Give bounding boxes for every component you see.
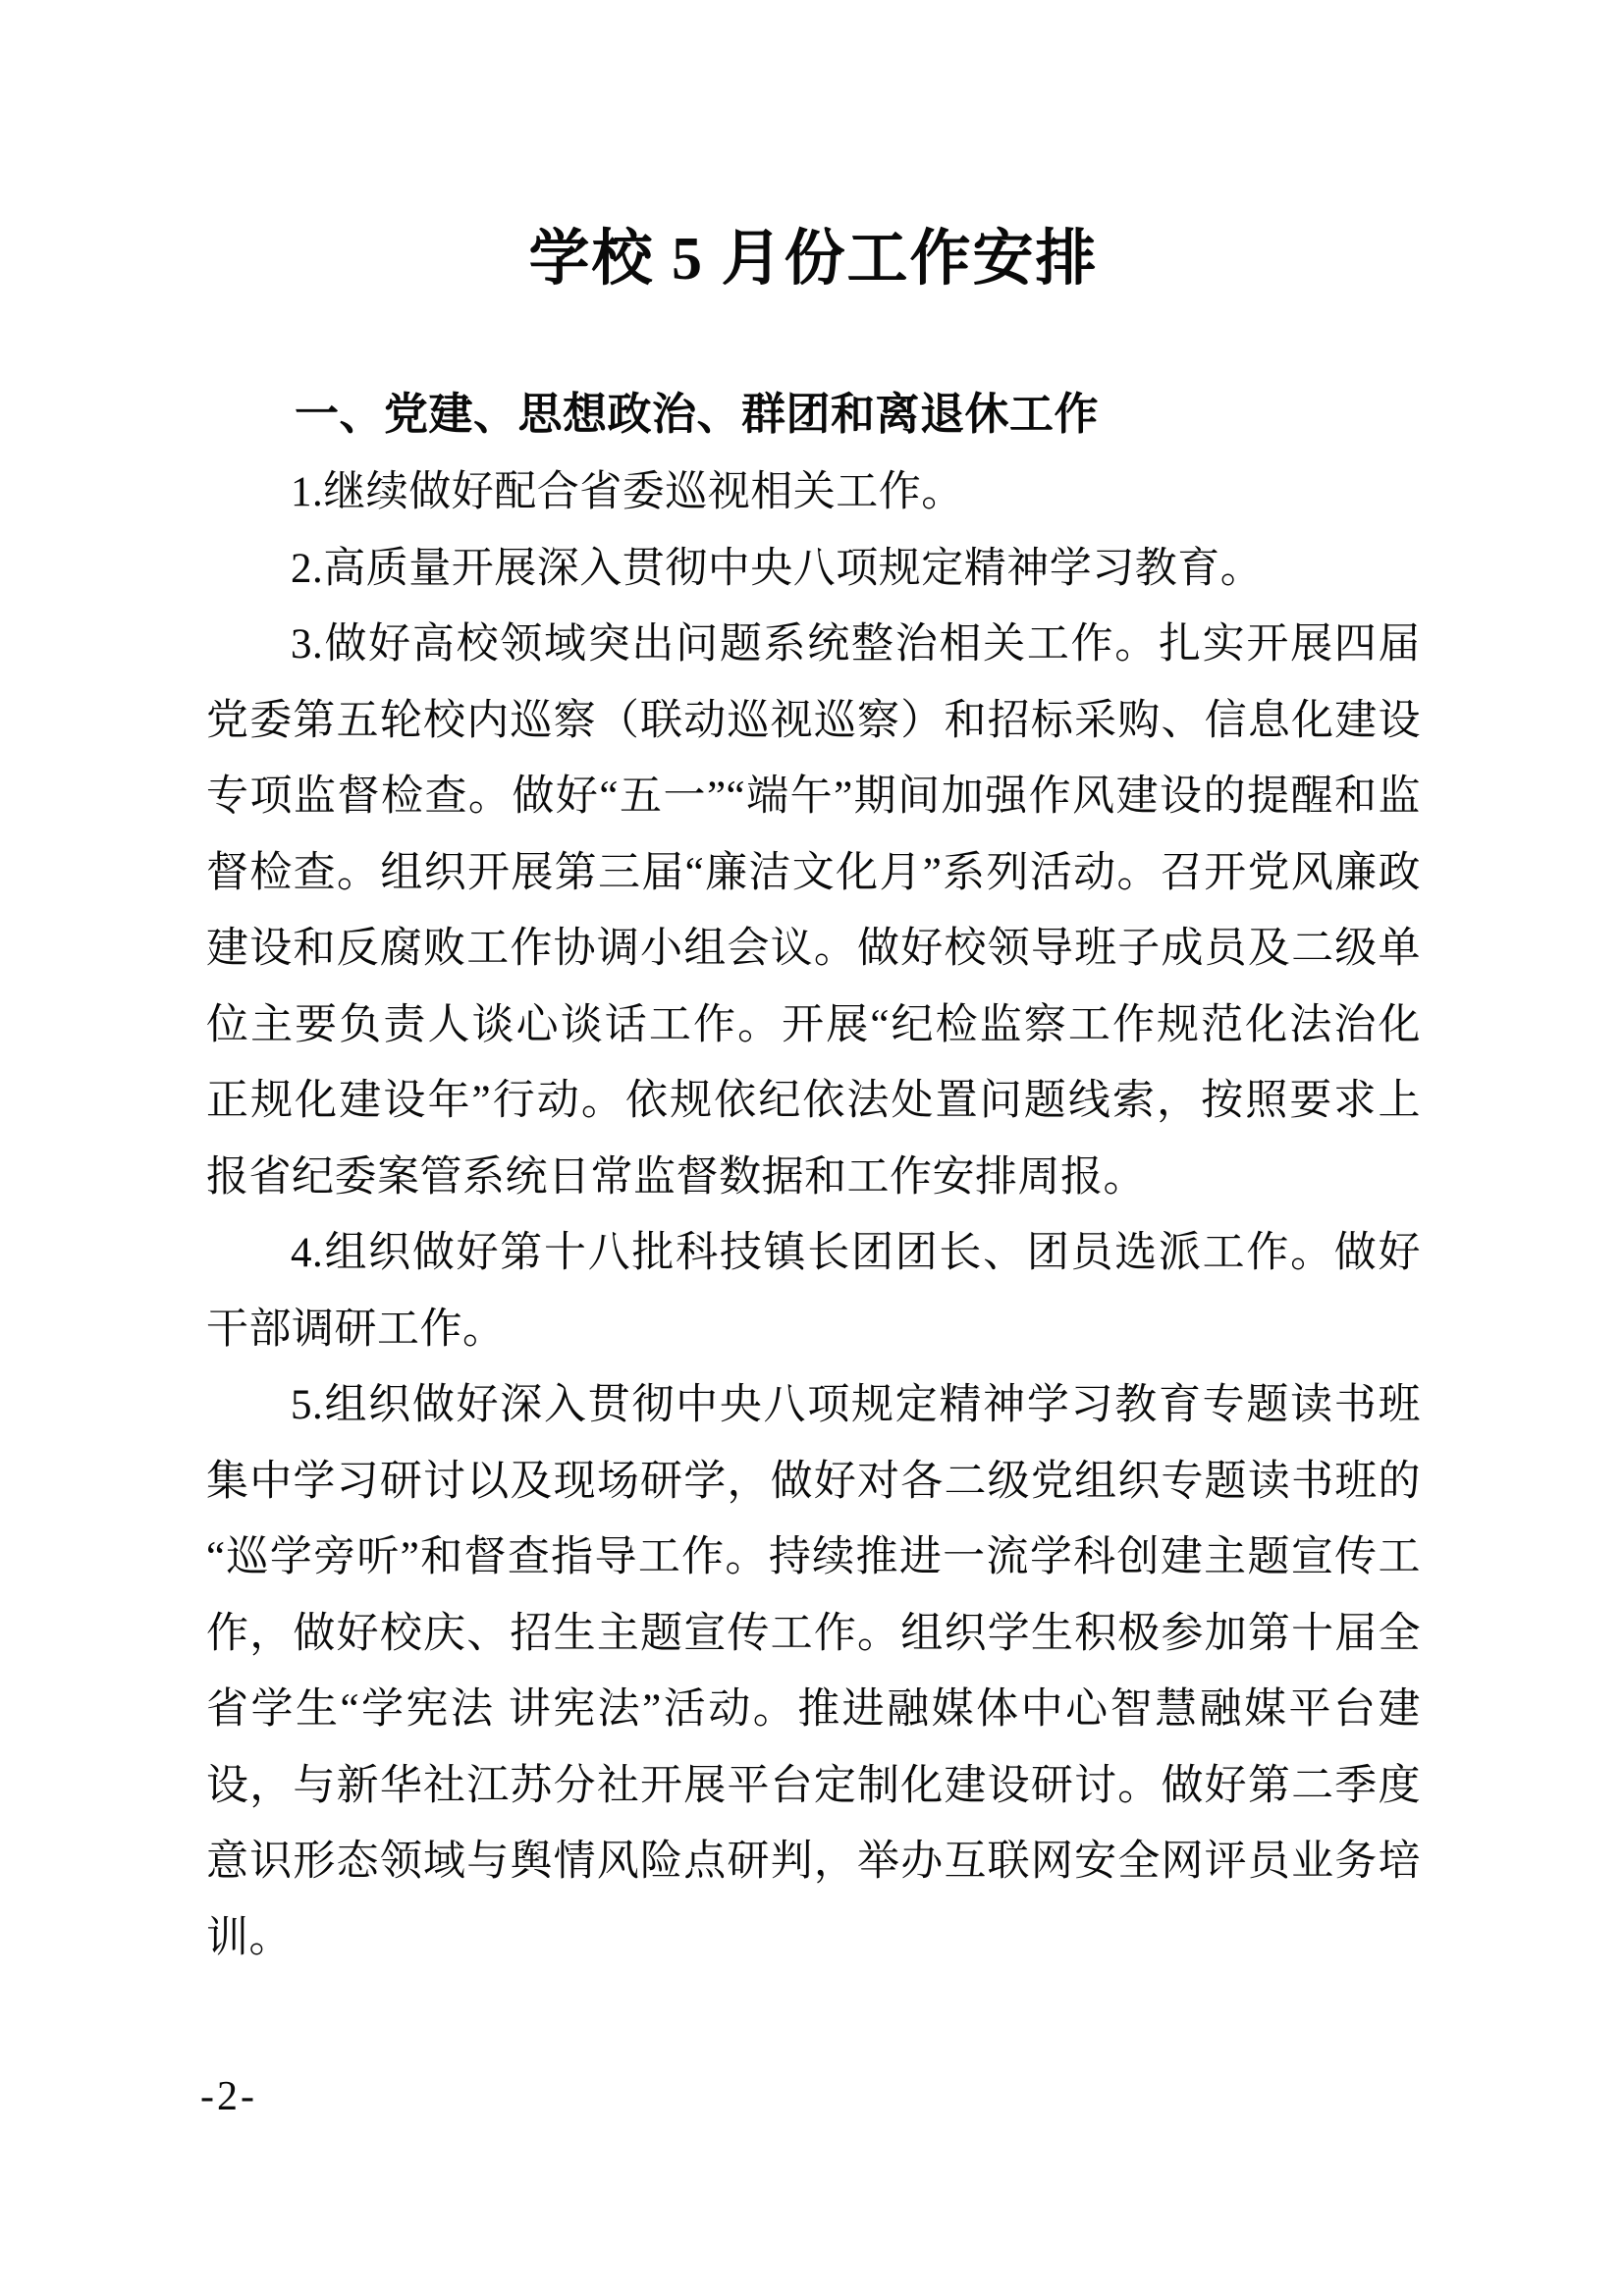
section-heading: 一、党建、思想政治、群团和离退休工作: [206, 388, 1421, 441]
paragraph: 2.高质量开展深入贯彻中央八项规定精神学习教育。: [206, 531, 1421, 608]
document-body: 1.继续做好配合省委巡视相关工作。2.高质量开展深入贯彻中央八项规定精神学习教育…: [206, 454, 1421, 1976]
document-page: 学校 5 月份工作安排 一、党建、思想政治、群团和离退休工作 1.继续做好配合省…: [0, 0, 1624, 2296]
page-number: -2-: [200, 2073, 257, 2120]
document-title: 学校 5 月份工作安排: [206, 0, 1421, 294]
paragraph: 1.继续做好配合省委巡视相关工作。: [206, 454, 1421, 531]
document-content: 学校 5 月份工作安排 一、党建、思想政治、群团和离退休工作 1.继续做好配合省…: [206, 0, 1421, 1976]
paragraph: 3.做好高校领域突出问题系统整治相关工作。扎实开展四届党委第五轮校内巡察（联动巡…: [206, 607, 1421, 1215]
paragraph: 4.组织做好第十八批科技镇长团团长、团员选派工作。做好干部调研工作。: [206, 1215, 1421, 1367]
paragraph: 5.组织做好深入贯彻中央八项规定精神学习教育专题读书班集中学习研讨以及现场研学，…: [206, 1367, 1421, 1976]
